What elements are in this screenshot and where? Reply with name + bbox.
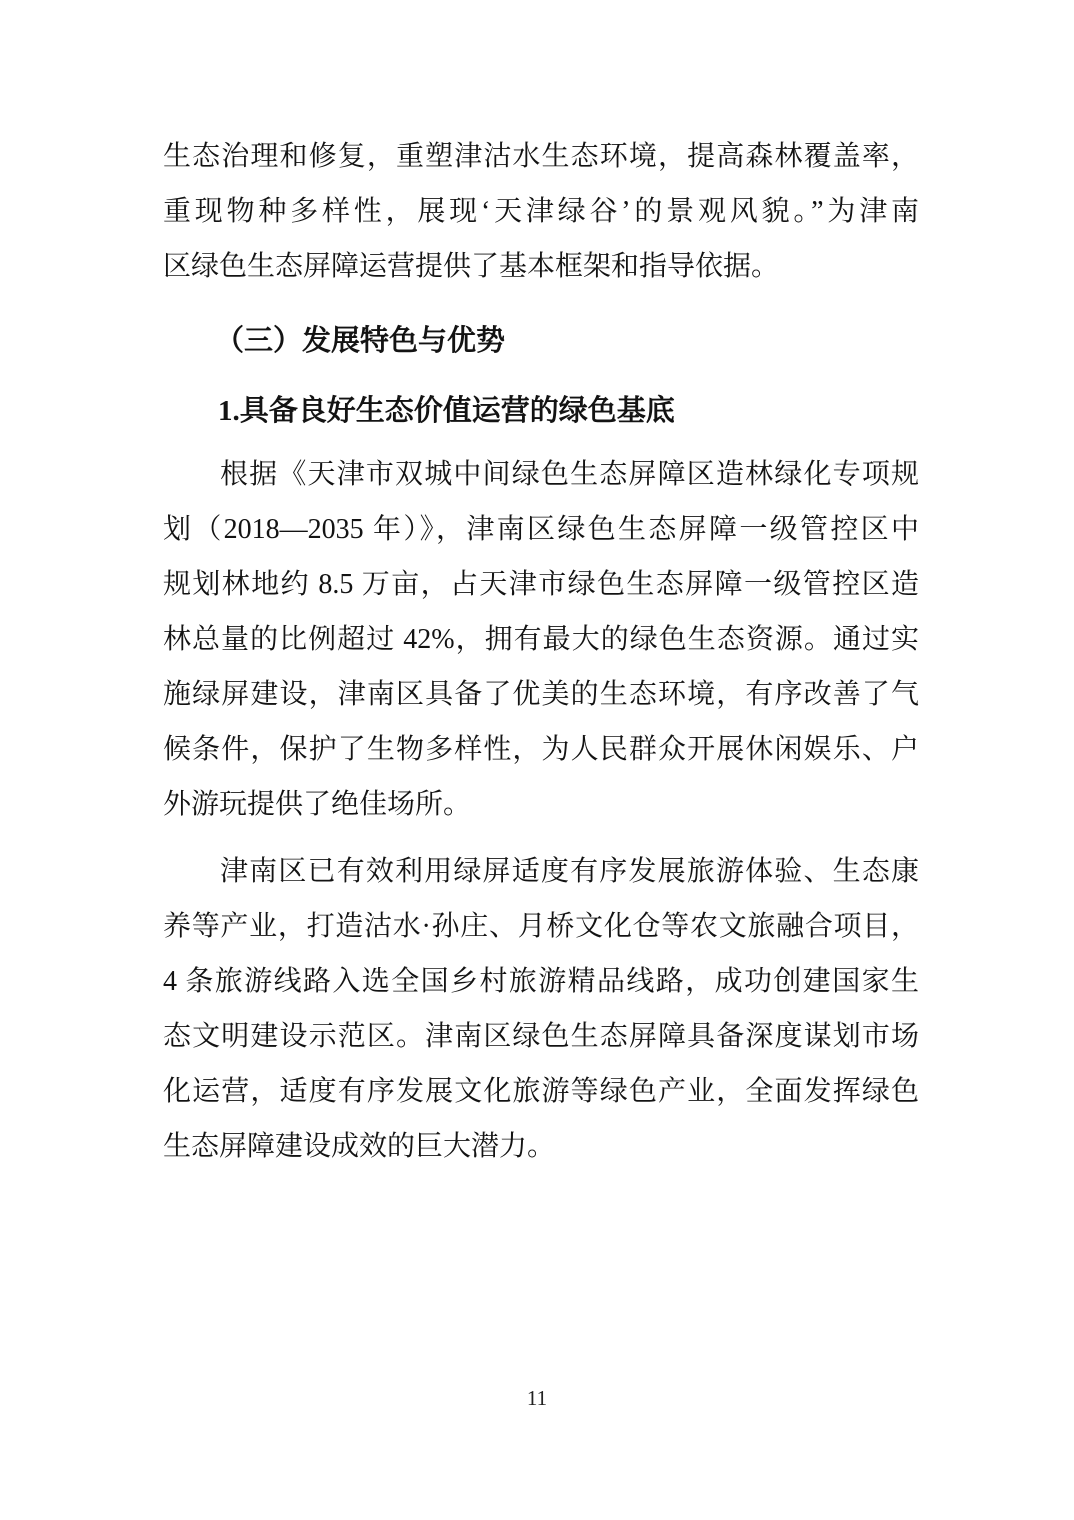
document-body: 生态治理和修复，重塑津沽水生态环境，提高森林覆盖率， 重现物种多样性，展现‘天津… — [163, 129, 919, 1174]
text-line: 外游玩提供了绝佳场所。 — [163, 777, 919, 832]
text-line: 化运营，适度有序发展文化旅游等绿色产业，全面发挥绿色 — [163, 1064, 919, 1119]
text-line: 区绿色生态屏障运营提供了基本框架和指导依据。 — [163, 239, 919, 294]
section-heading: （三）发展特色与优势 — [163, 314, 919, 369]
page-number: 11 — [0, 1385, 1074, 1411]
paragraph-2: 津南区已有效利用绿屏适度有序发展旅游体验、生态康 养等产业，打造沽水·孙庄、月桥… — [163, 844, 919, 1174]
text-line: 候条件，保护了生物多样性，为人民群众开展休闲娱乐、户 — [163, 722, 919, 777]
document-page: 生态治理和修复，重塑津沽水生态环境，提高森林覆盖率， 重现物种多样性，展现‘天津… — [0, 0, 1074, 1520]
sub-heading: 1.具备良好生态价值运营的绿色基底 — [163, 384, 919, 439]
text-line: 态文明建设示范区。津南区绿色生态屏障具备深度谋划市场 — [163, 1009, 919, 1064]
text-line: 生态治理和修复，重塑津沽水生态环境，提高森林覆盖率， — [163, 129, 919, 184]
text-line: 林总量的比例超过 42%，拥有最大的绿色生态资源。通过实 — [163, 612, 919, 667]
text-line: 4 条旅游线路入选全国乡村旅游精品线路，成功创建国家生 — [163, 954, 919, 1009]
text-line: 养等产业，打造沽水·孙庄、月桥文化仓等农文旅融合项目， — [163, 899, 919, 954]
text-line: 施绿屏建设，津南区具备了优美的生态环境，有序改善了气 — [163, 667, 919, 722]
paragraph-1: 根据《天津市双城中间绿色生态屏障区造林绿化专项规 划（2018—2035 年）》… — [163, 447, 919, 832]
intro-paragraph: 生态治理和修复，重塑津沽水生态环境，提高森林覆盖率， 重现物种多样性，展现‘天津… — [163, 129, 919, 294]
text-line: 根据《天津市双城中间绿色生态屏障区造林绿化专项规 — [163, 447, 919, 502]
text-line: 重现物种多样性，展现‘天津绿谷’的景观风貌。”为津南 — [163, 184, 919, 239]
text-line: 津南区已有效利用绿屏适度有序发展旅游体验、生态康 — [163, 844, 919, 899]
text-line: 划（2018—2035 年）》，津南区绿色生态屏障一级管控区中 — [163, 502, 919, 557]
text-line: 生态屏障建设成效的巨大潜力。 — [163, 1119, 919, 1174]
text-line: 规划林地约 8.5 万亩，占天津市绿色生态屏障一级管控区造 — [163, 557, 919, 612]
